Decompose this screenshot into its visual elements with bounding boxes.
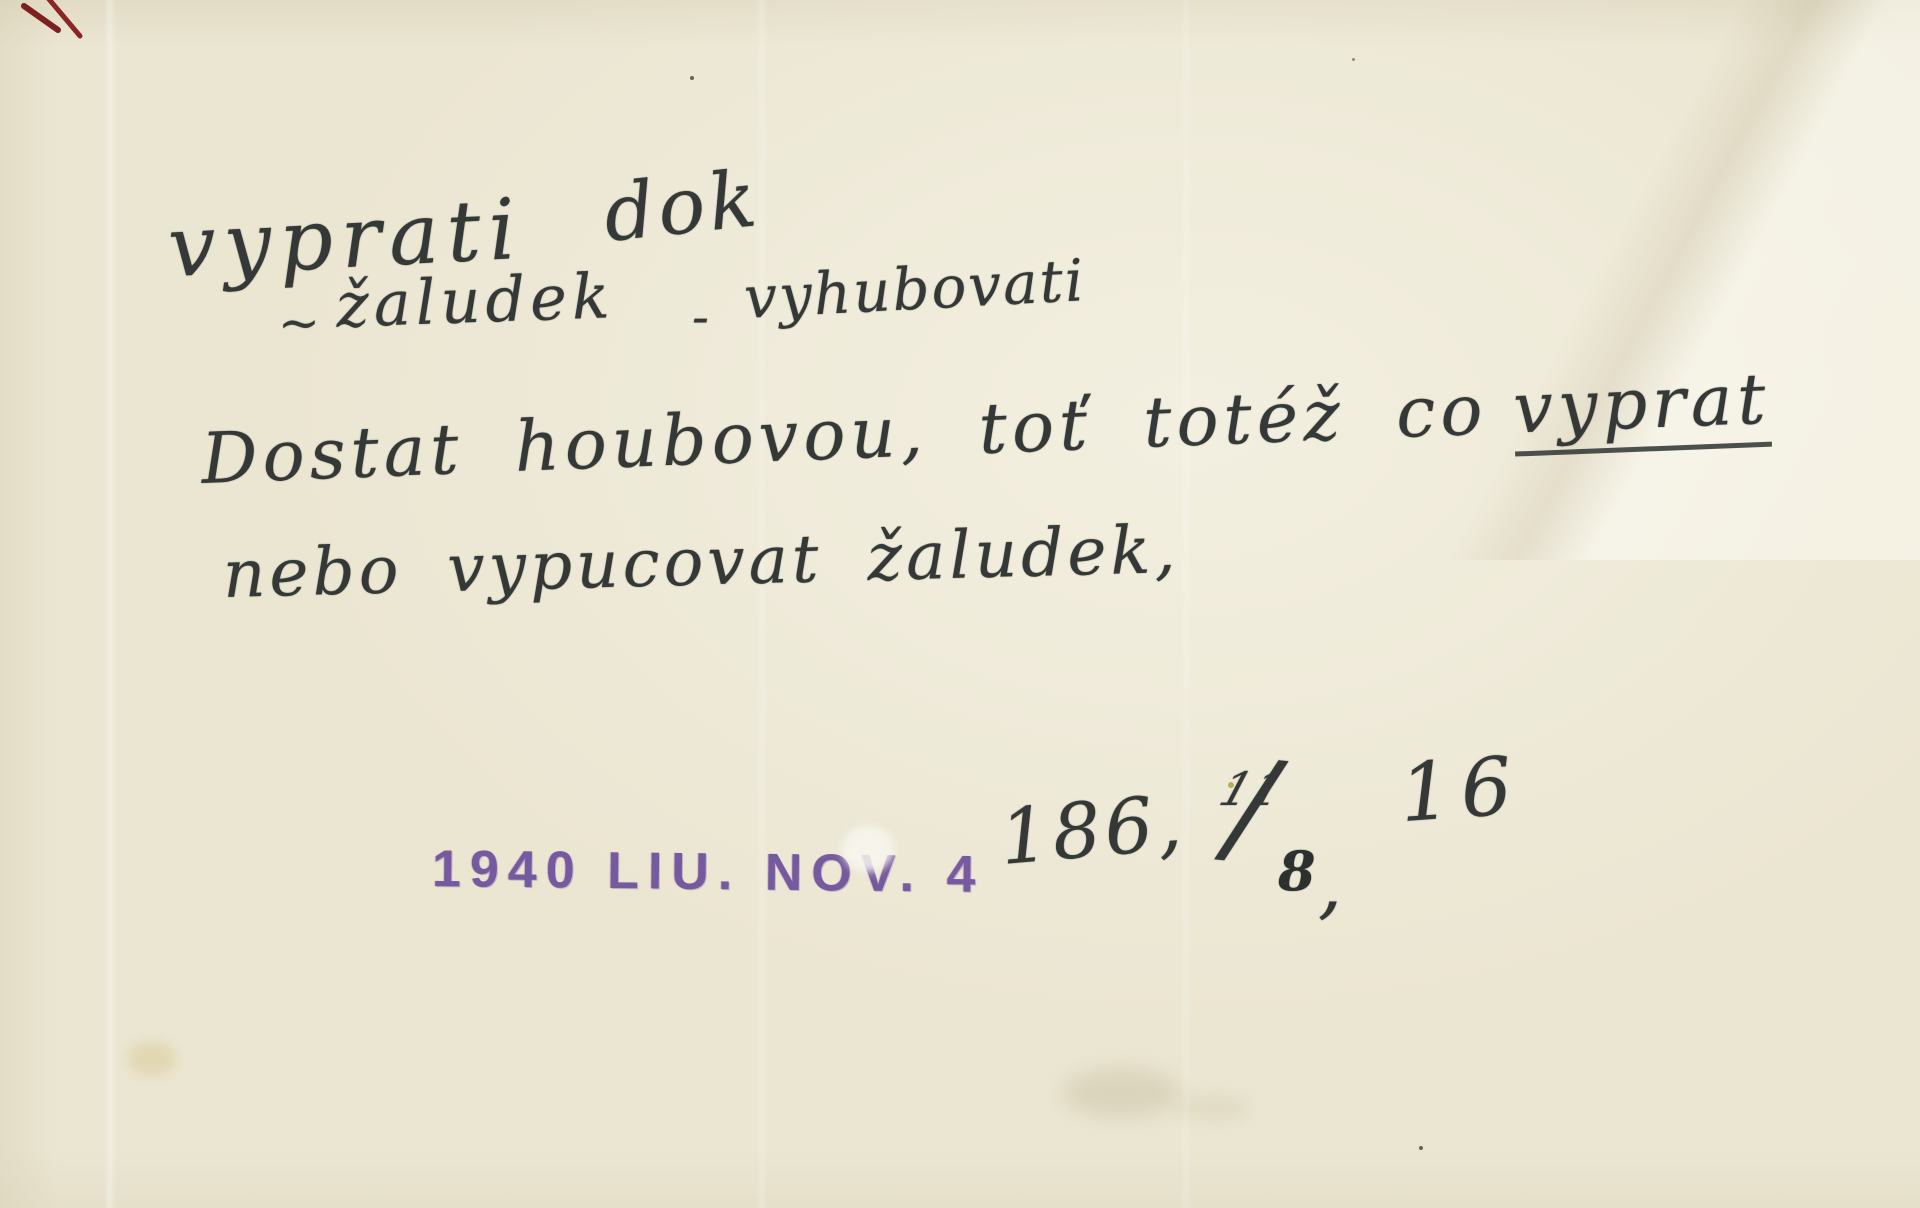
handwriting-line3-underlined-word: vyprat bbox=[1512, 364, 1772, 457]
handwriting-line2-dash: ~ bbox=[278, 298, 320, 348]
paper-stain bbox=[1180, 1095, 1250, 1121]
paper-crease-left bbox=[104, 0, 116, 1208]
scanned-page: vyprati dok ~ žaludek - vyhubovati Dosta… bbox=[0, 0, 1920, 1208]
handwriting-line3: Dostat houbovou, toť totéž covyprat bbox=[200, 364, 1772, 507]
handwriting-line2-separator: - bbox=[692, 292, 709, 342]
handwriting-line1-word2: dok bbox=[600, 160, 763, 254]
paper-speck-yellow bbox=[1228, 782, 1234, 788]
page-curl-shadow bbox=[1300, 0, 1920, 560]
annotation-fraction-denominator: 8 bbox=[1278, 844, 1316, 898]
annotation-number-2: 16 bbox=[1397, 746, 1524, 834]
annotation-comma: , bbox=[1318, 846, 1342, 922]
handwriting-line2-word2: vyhubovati bbox=[743, 251, 1087, 327]
paper-speck bbox=[690, 76, 694, 80]
handwriting-line2-word1: žaludek bbox=[335, 265, 615, 337]
handwriting-line4: nebo vypucovat žaludek, bbox=[222, 517, 1180, 608]
handwriting-line3-text: Dostat houbovou, toť totéž co bbox=[200, 369, 1489, 500]
paper-stain bbox=[128, 1042, 176, 1076]
paper-stain-ghost-writing bbox=[1062, 1068, 1182, 1118]
red-pen-marks-icon bbox=[18, 0, 108, 60]
paper-speck bbox=[1352, 58, 1355, 61]
paper-crease-right bbox=[1180, 0, 1192, 1208]
annotation-number-1: 186, bbox=[997, 784, 1188, 876]
paper-speck bbox=[1419, 1146, 1423, 1150]
date-stamp: 1940 LIU. NOV. 4 bbox=[432, 839, 985, 905]
